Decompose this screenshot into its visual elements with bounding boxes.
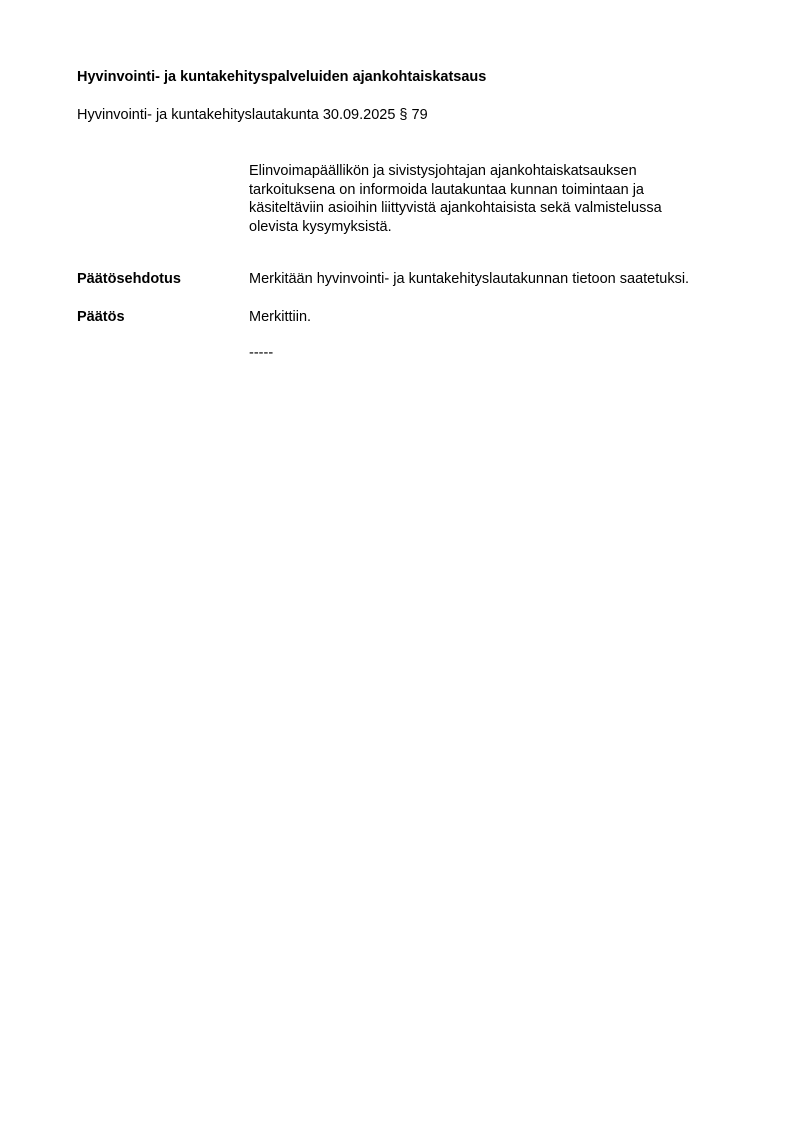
end-marker: ----- (249, 345, 273, 361)
description-line: käsiteltäviin asioihin liittyvistä ajank… (249, 199, 729, 218)
decision-text: Merkittiin. (249, 309, 311, 325)
meeting-line: Hyvinvointi- ja kuntakehityslautakunta 3… (77, 107, 428, 123)
description-line: olevista kysymyksistä. (249, 218, 729, 237)
description-line: Elinvoimapäällikön ja sivistysjohtajan a… (249, 162, 729, 181)
description: Elinvoimapäällikön ja sivistysjohtajan a… (249, 162, 729, 236)
decision-label: Päätös (77, 309, 125, 325)
proposal-text: Merkitään hyvinvointi- ja kuntakehitysla… (249, 271, 689, 287)
proposal-label: Päätösehdotus (77, 271, 181, 287)
document-title: Hyvinvointi- ja kuntakehityspalveluiden … (77, 69, 486, 85)
description-line: tarkoituksena on informoida lautakuntaa … (249, 181, 729, 200)
